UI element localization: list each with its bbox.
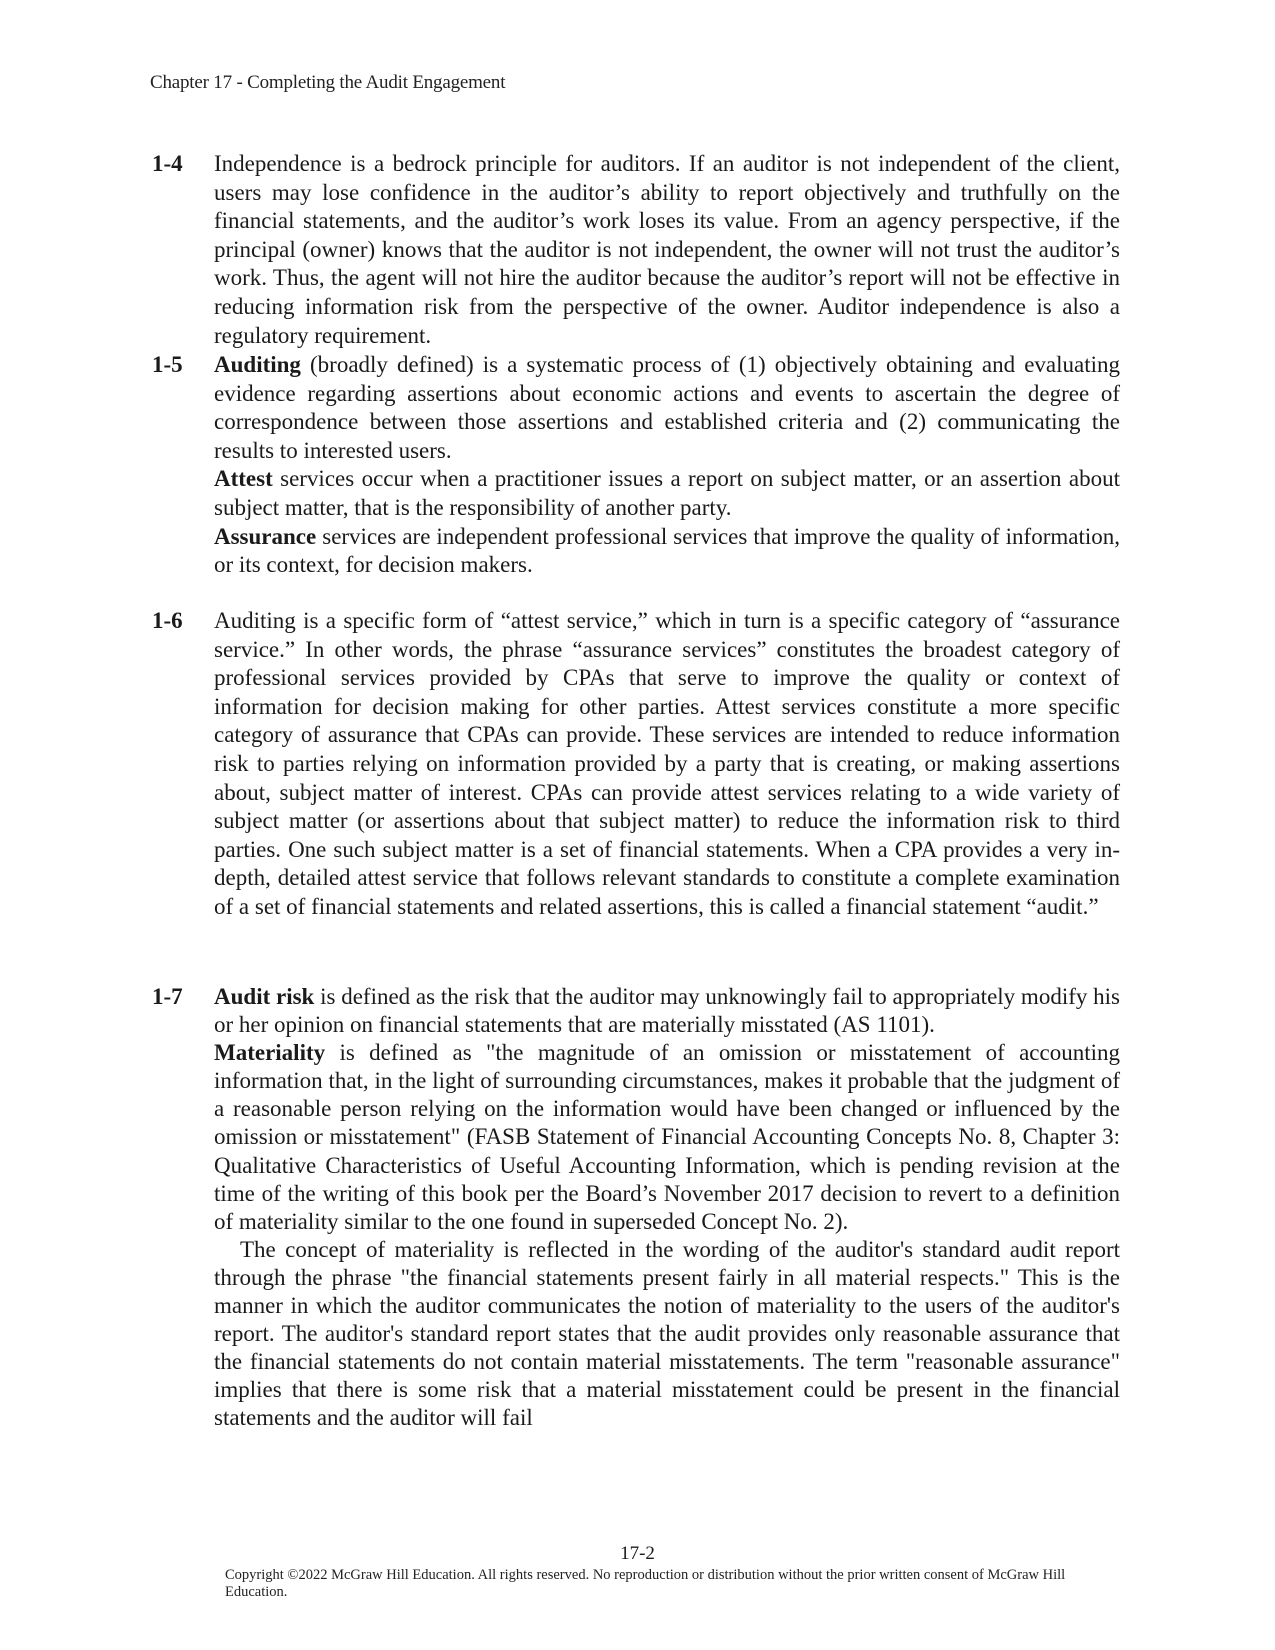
answer-body: Independence is a bedrock principle for … <box>214 150 1120 350</box>
paragraph-text: Independence is a bedrock principle for … <box>214 151 1120 348</box>
question-number: 1-7 <box>152 983 183 1012</box>
paragraph-text: Auditing is a specific form of “attest s… <box>214 608 1120 919</box>
bold-term: Materiality <box>214 1040 325 1065</box>
paragraph-text: The concept of materiality is reflected … <box>214 1237 1120 1431</box>
question-number: 1-5 <box>152 351 183 380</box>
paragraph-text: is defined as the risk that the auditor … <box>214 984 1120 1037</box>
paragraph-text: is defined as "the magnitude of an omiss… <box>214 1040 1120 1234</box>
bold-term: Attest <box>214 466 273 491</box>
paragraph-materiality: Materiality is defined as "the magnitude… <box>214 1039 1120 1236</box>
answer-body: Auditing (broadly defined) is a systemat… <box>214 351 1120 580</box>
paragraph-attest-definition: Attest services occur when a practitione… <box>214 465 1120 522</box>
answer-body: Auditing is a specific form of “attest s… <box>214 607 1120 922</box>
paragraph: Auditing is a specific form of “attest s… <box>214 607 1120 922</box>
chapter-header: Chapter 17 - Completing the Audit Engage… <box>150 72 505 94</box>
page-number: 17-2 <box>0 1543 1275 1565</box>
copyright-notice: Copyright ©2022 McGraw Hill Education. A… <box>225 1567 1105 1601</box>
paragraph-auditing-definition: Auditing (broadly defined) is a systemat… <box>214 351 1120 465</box>
paragraph: Independence is a bedrock principle for … <box>214 150 1120 350</box>
paragraph-text: (broadly defined) is a systematic proces… <box>214 352 1120 463</box>
paragraph-audit-risk: Audit risk is defined as the risk that t… <box>214 983 1120 1039</box>
paragraph-assurance-definition: Assurance services are independent profe… <box>214 523 1120 580</box>
paragraph-materiality-concept: The concept of materiality is reflected … <box>214 1236 1120 1433</box>
bold-term: Audit risk <box>214 984 314 1009</box>
answer-body: Audit risk is defined as the risk that t… <box>214 983 1120 1433</box>
bold-term: Assurance <box>214 524 316 549</box>
question-number: 1-4 <box>152 150 183 179</box>
question-number: 1-6 <box>152 607 183 636</box>
paragraph-text: services are independent professional se… <box>214 524 1120 578</box>
paragraph-text: services occur when a practitioner issue… <box>214 466 1120 520</box>
bold-term: Auditing <box>214 352 301 377</box>
